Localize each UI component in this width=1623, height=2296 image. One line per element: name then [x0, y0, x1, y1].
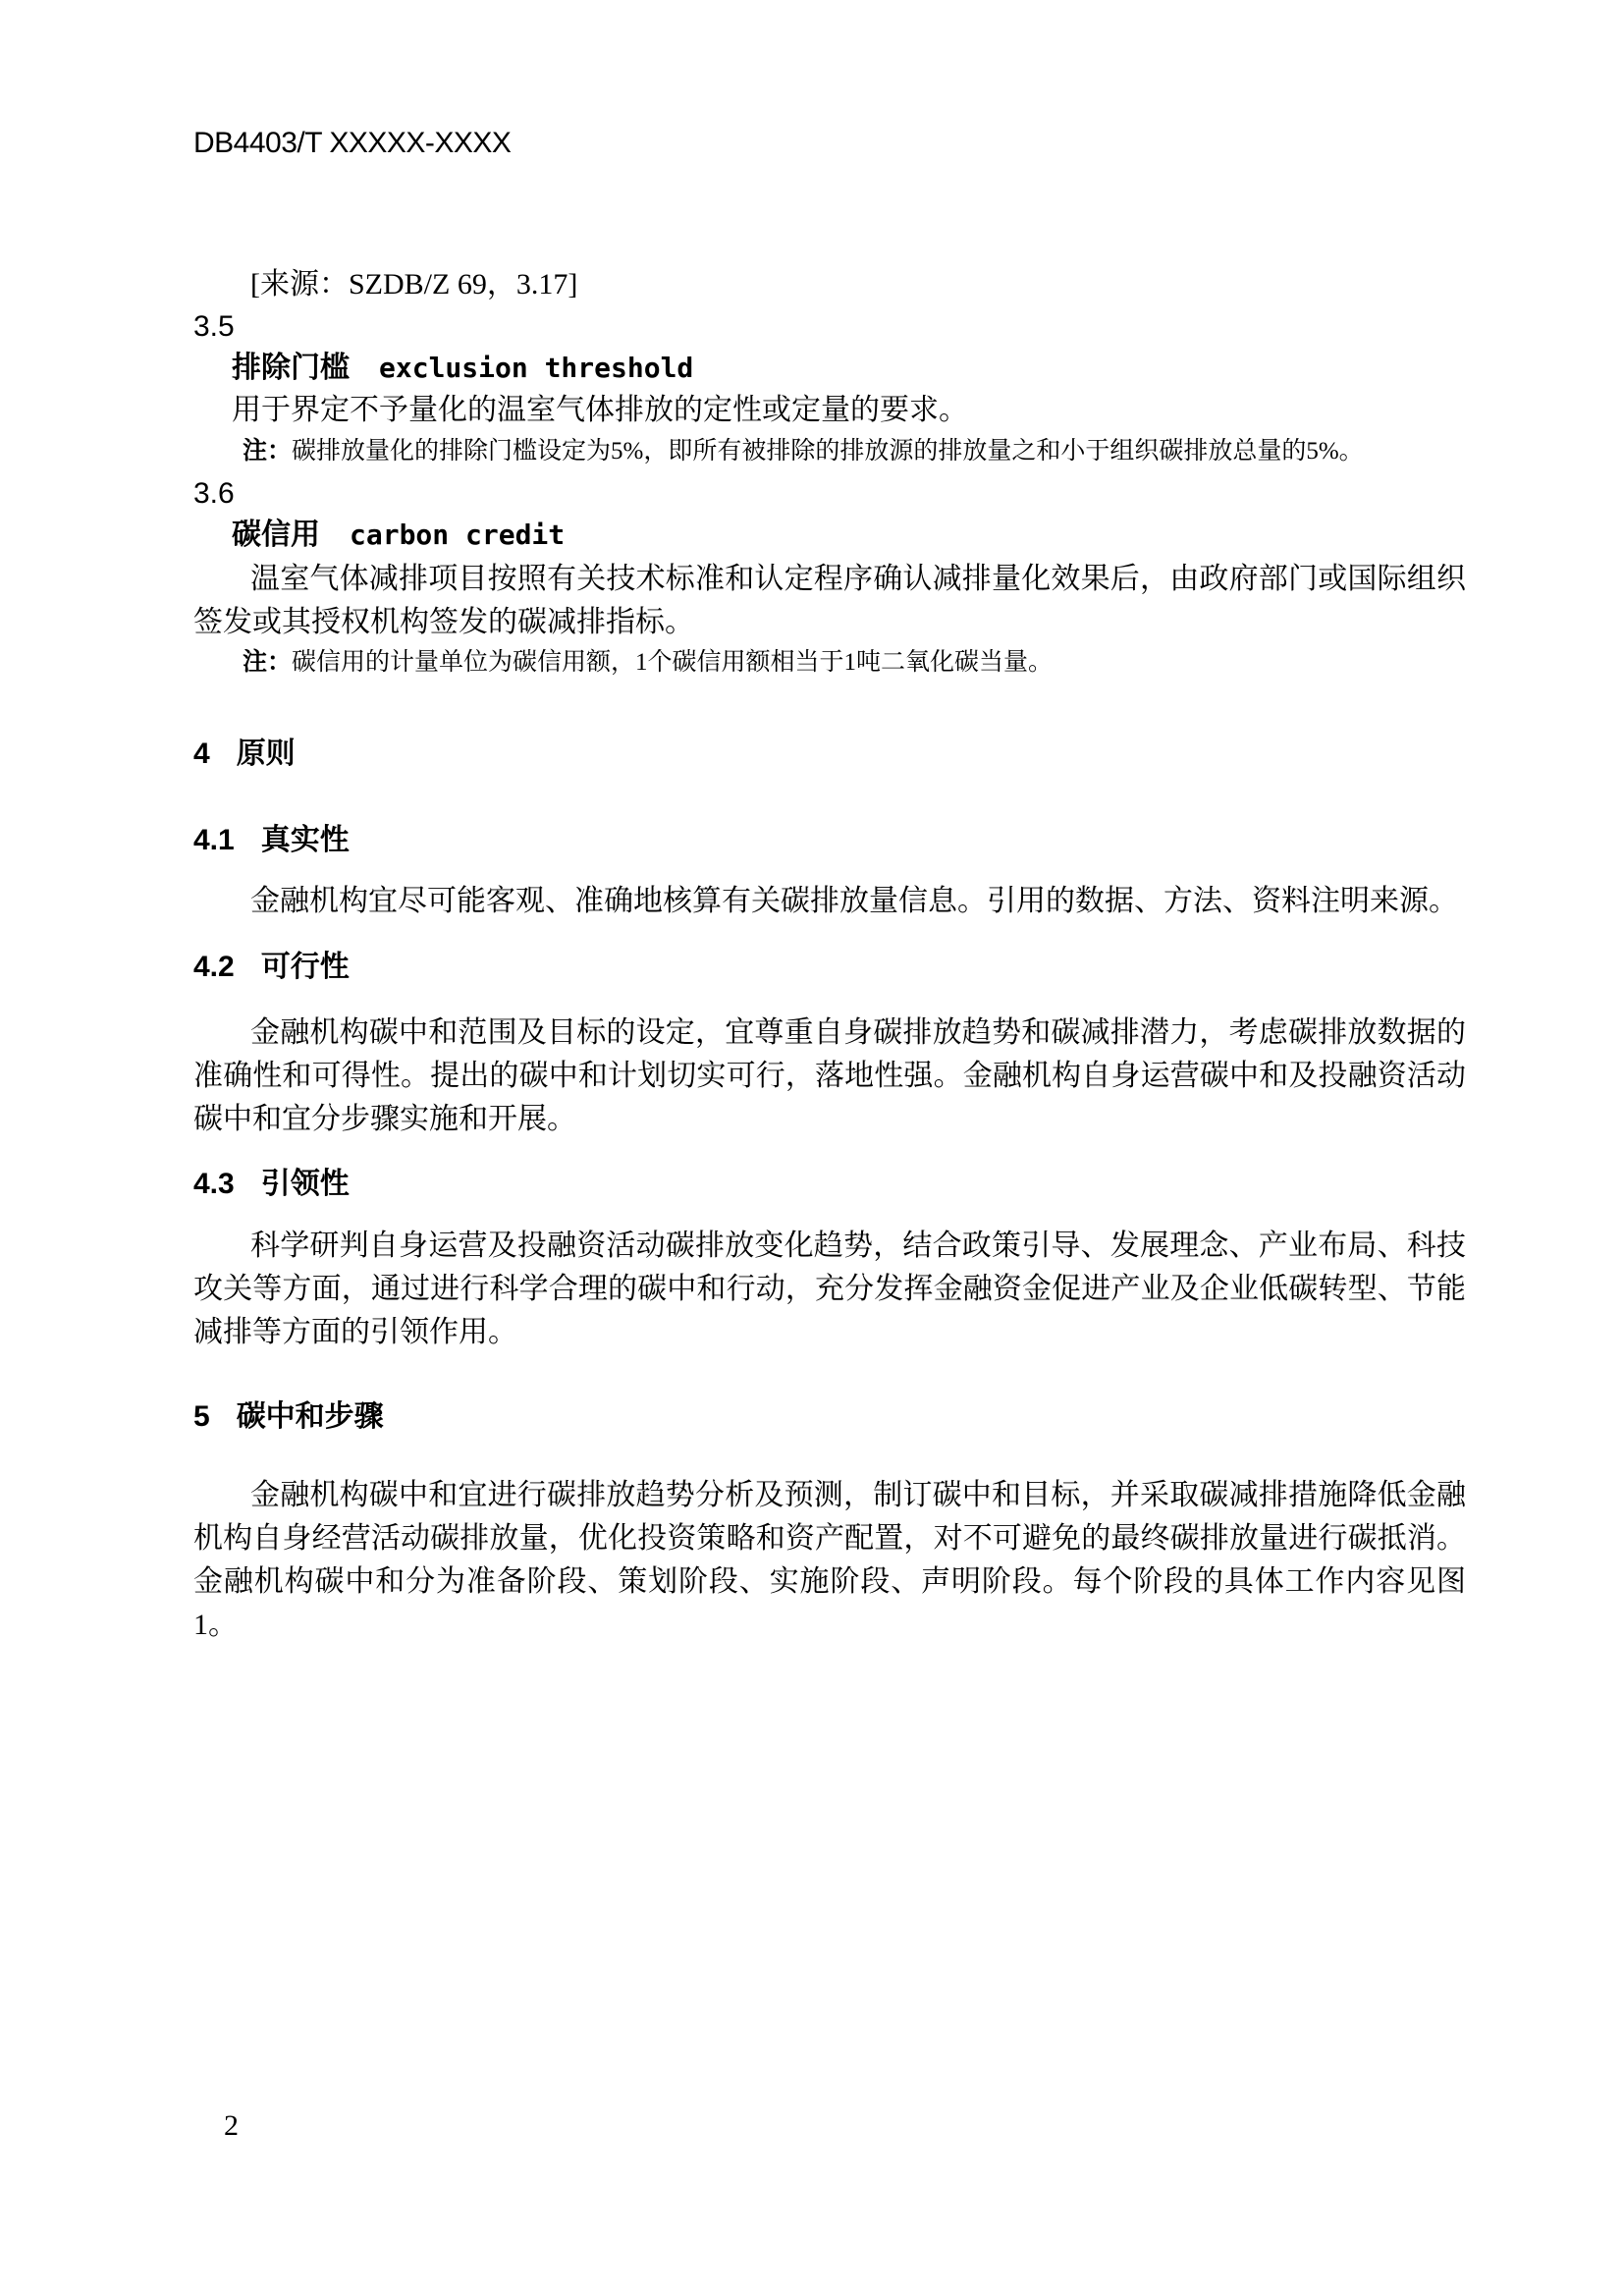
- term-title-3-5: 排除门槛exclusion threshold: [232, 347, 1466, 395]
- section-5-heading: 5碳中和步骤: [193, 1395, 1466, 1439]
- section-number: 4.1: [193, 819, 235, 862]
- term-title-3-6: 碳信用carbon credit: [232, 514, 1466, 562]
- term-en-label: exclusion threshold: [379, 352, 693, 384]
- note-label: 注：: [243, 437, 292, 465]
- section-title: 真实性: [261, 824, 350, 856]
- term-definition-3-5: 用于界定不予量化的温室气体排放的定性或定量的要求。: [232, 389, 1466, 432]
- section-4-3-heading: 4.3引领性: [193, 1163, 1466, 1206]
- section-number: 4: [193, 733, 210, 776]
- section-4-2-heading: 4.2可行性: [193, 946, 1466, 989]
- note-text: 碳排放量化的排除门槛设定为5%，即所有被排除的排放源的排放量之和小于组织碳排放总…: [292, 438, 1364, 465]
- section-5-paragraph: 金融机构碳中和宜进行碳排放趋势分析及预测，制订碳中和目标，并采取碳减排措施降低金…: [193, 1474, 1466, 1647]
- term-number-3-6: 3.6: [193, 472, 1466, 516]
- section-title: 碳中和步骤: [237, 1400, 384, 1433]
- term-en-label: carbon credit: [350, 519, 565, 551]
- section-title: 可行性: [261, 951, 350, 983]
- term-definition-3-6: 温室气体减排项目按照有关技术标准和认定程序确认减排量化效果后，由政府部门或国际组…: [193, 558, 1466, 644]
- section-title: 引领性: [261, 1168, 350, 1200]
- section-4-1-paragraph: 金融机构宜尽可能客观、准确地核算有关碳排放量信息。引用的数据、方法、资料注明来源…: [193, 880, 1466, 923]
- section-4-2-paragraph: 金融机构碳中和范围及目标的设定，宜尊重自身碳排放趋势和碳减排潜力，考虑碳排放数据…: [193, 1011, 1466, 1141]
- document-header: DB4403/T XXXXX-XXXX: [193, 122, 1466, 165]
- term-note-3-5: 注：碳排放量化的排除门槛设定为5%，即所有被排除的排放源的排放量之和小于组织碳排…: [243, 435, 1466, 467]
- section-title: 原则: [237, 738, 296, 770]
- section-4-1-heading: 4.1真实性: [193, 819, 1466, 862]
- section-number: 5: [193, 1395, 210, 1439]
- note-text: 碳信用的计量单位为碳信用额，1个碳信用额相当于1吨二氧化碳当量。: [292, 649, 1053, 676]
- section-4-3-paragraph: 科学研判自身运营及投融资活动碳排放变化趋势，结合政策引导、发展理念、产业布局、科…: [193, 1225, 1466, 1354]
- page-number: 2: [224, 2105, 322, 2148]
- note-label: 注：: [243, 648, 292, 676]
- section-4-heading: 4原则: [193, 733, 1466, 776]
- term-zh-label: 碳信用: [232, 519, 320, 551]
- term-note-3-6: 注：碳信用的计量单位为碳信用额，1个碳信用额相当于1吨二氧化碳当量。: [243, 646, 1466, 679]
- document-page: DB4403/T XXXXX-XXXX [来源：SZDB/Z 69，3.17] …: [0, 0, 1623, 2296]
- term-number-3-5: 3.5: [193, 305, 1466, 349]
- section-number: 4.3: [193, 1163, 235, 1206]
- source-reference: [来源：SZDB/Z 69，3.17]: [193, 263, 1466, 306]
- section-number: 4.2: [193, 946, 235, 989]
- term-zh-label: 排除门槛: [232, 352, 350, 384]
